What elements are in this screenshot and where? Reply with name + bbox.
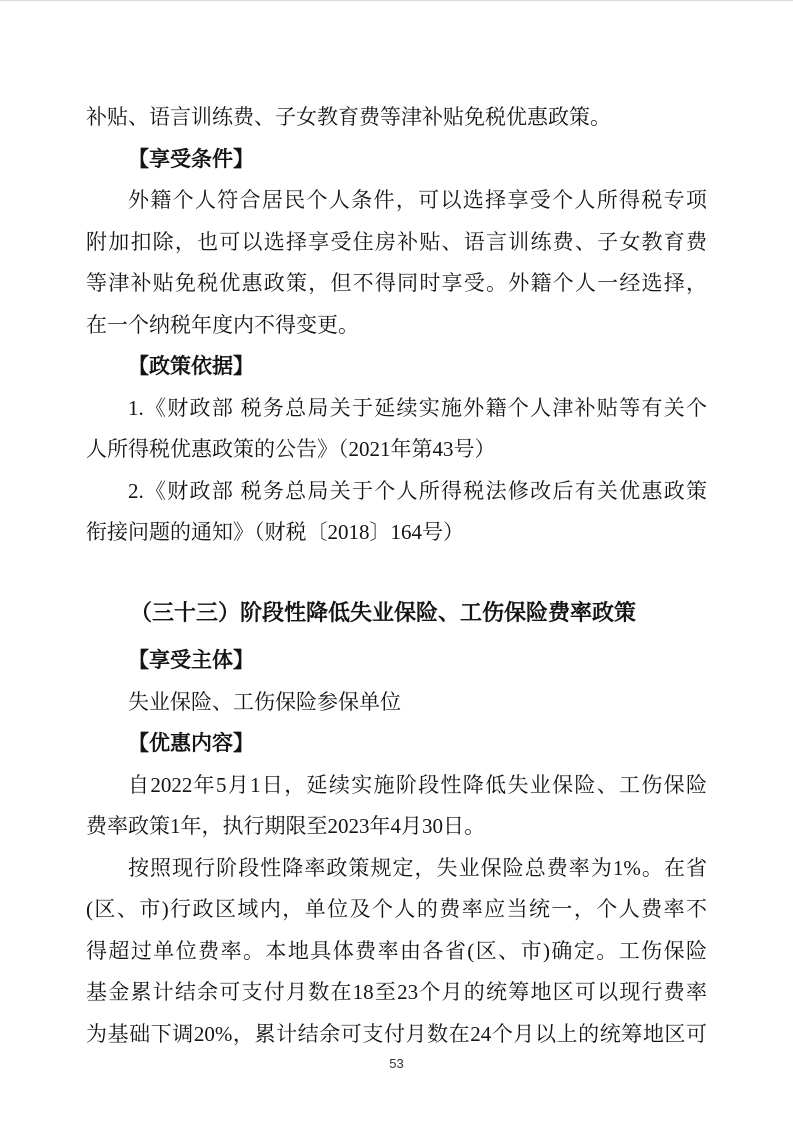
text-line: 基金累计结余可支付月数在18至23个月的统筹地区可以现行费率 [86,972,707,1014]
text-line: 按照现行阶段性降率政策规定，失业保险总费率为1%。在省 [86,848,707,890]
text-line: 人所得税优惠政策的公告》（2021年第43号） [86,429,707,471]
document-body: 补贴、语言训练费、子女教育费等津补贴免税优惠政策。【享受条件】外籍个人符合居民个… [86,0,707,1055]
text-line: 附加扣除，也可以选择享受住房补贴、语言训练费、子女教育费 [86,222,707,264]
text-line: 为基础下调20%，累计结余可支付月数在24个月以上的统筹地区可 [86,1014,707,1056]
text-line: 失业保险、工伤保险参保单位 [86,682,707,724]
paragraph: 外籍个人符合居民个人条件，可以选择享受个人所得税专项附加扣除，也可以选择享受住房… [86,180,707,346]
page-number: 53 [389,1056,403,1071]
paragraph: 2.《财政部 税务总局关于个人所得税法修改后有关优惠政策衔接问题的通知》（财税〔… [86,471,707,554]
page-footer: 53 [0,1056,793,1071]
text-line: 在一个纳税年度内不得变更。 [86,305,707,347]
document-page: { "page": { "background_color": "#ffffff… [0,0,793,1122]
text-line: 2.《财政部 税务总局关于个人所得税法修改后有关优惠政策 [86,471,707,513]
text-line: (区、市)行政区域内，单位及个人的费率应当统一，个人费率不 [86,889,707,931]
text-line: 费率政策1年，执行期限至2023年4月30日。 [86,806,707,848]
paragraph: 自2022年5月1日，延续实施阶段性降低失业保险、工伤保险费率政策1年，执行期限… [86,765,707,848]
text-line: 等津补贴免税优惠政策，但不得同时享受。外籍个人一经选择， [86,263,707,305]
text-line: 自2022年5月1日，延续实施阶段性降低失业保险、工伤保险 [86,765,707,807]
paragraph: 1.《财政部 税务总局关于延续实施外籍个人津补贴等有关个人所得税优惠政策的公告》… [86,388,707,471]
text-line: 补贴、语言训练费、子女教育费等津补贴免税优惠政策。 [86,97,707,139]
bracket-header: 【优惠内容】 [86,723,707,765]
text-line: 外籍个人符合居民个人条件，可以选择享受个人所得税专项 [86,180,707,222]
bracket-header: 【享受条件】 [86,139,707,181]
paragraph: 按照现行阶段性降率政策规定，失业保险总费率为1%。在省(区、市)行政区域内，单位… [86,848,707,1056]
text-line: 1.《财政部 税务总局关于延续实施外籍个人津补贴等有关个 [86,388,707,430]
bracket-header: 【享受主体】 [86,640,707,682]
paragraph: 失业保险、工伤保险参保单位 [86,682,707,724]
text-line: 衔接问题的通知》（财税〔2018〕164号） [86,512,707,554]
text-line: 得超过单位费率。本地具体费率由各省(区、市)确定。工伤保险 [86,931,707,973]
section-heading: （三十三）阶段性降低失业保险、工伤保险费率政策 [86,592,707,634]
paragraph-continuation: 补贴、语言训练费、子女教育费等津补贴免税优惠政策。 [86,97,707,139]
bracket-header: 【政策依据】 [86,346,707,388]
